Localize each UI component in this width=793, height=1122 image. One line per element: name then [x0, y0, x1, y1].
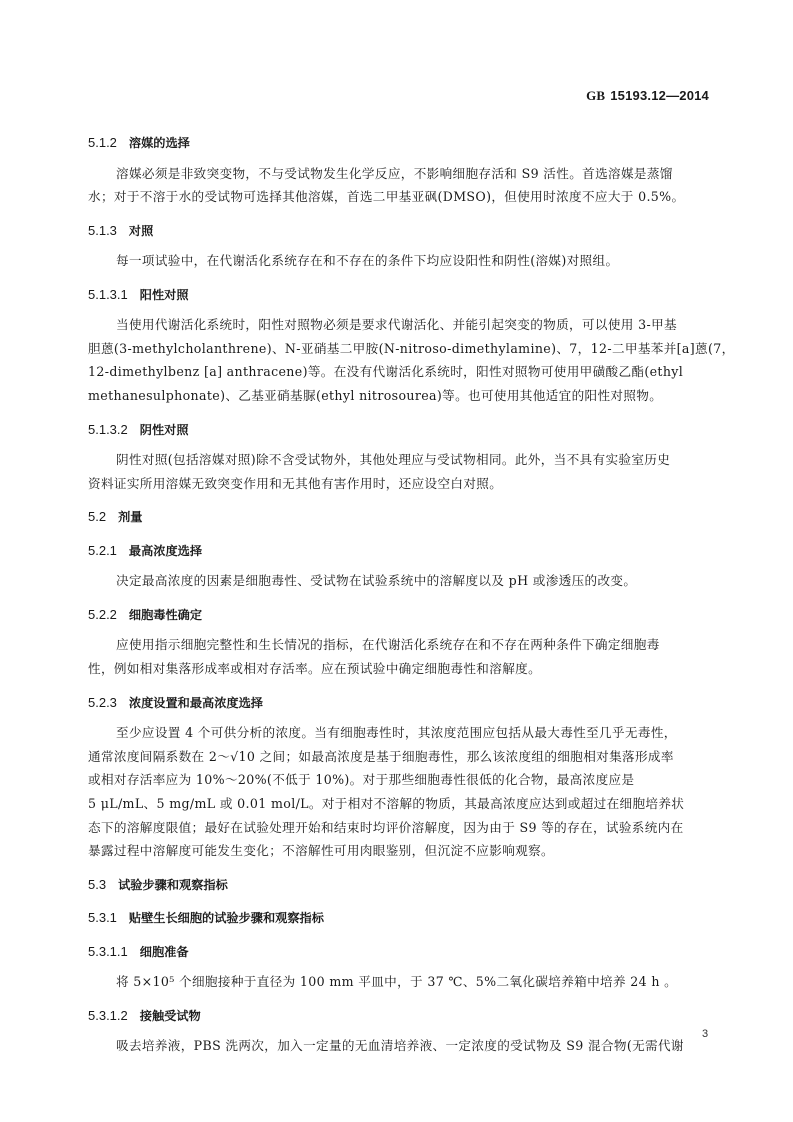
- paragraph: 决定最高浓度的因素是细胞毒性、受试物在试验系统中的溶解度以及 pH 或渗透压的改…: [88, 569, 710, 593]
- paragraph: 应使用指示细胞完整性和生长情况的指标，在代谢活化系统存在和不存在两种条件下确定细…: [88, 633, 710, 680]
- section-title: 阳性对照: [140, 288, 189, 302]
- standard-code-header: GB15193.12—2014: [586, 88, 709, 104]
- paragraph: 将 5×10⁵ 个细胞接种于直径为 100 mm 平皿中，于 37 ℃、5%二氧…: [88, 970, 710, 994]
- paragraph-line: 决定最高浓度的因素是细胞毒性、受试物在试验系统中的溶解度以及 pH 或渗透压的改…: [88, 569, 710, 593]
- paragraph: 至少应设置 4 个可供分析的浓度。当有细胞毒性时，其浓度范围应包括从最大毒性至几…: [88, 721, 710, 863]
- section-number: 5.1.2: [88, 131, 117, 155]
- section-title: 对照: [129, 224, 153, 238]
- paragraph: 阴性对照(包括溶媒对照)除不含受试物外，其他处理应与受试物相同。此外，当不具有实…: [88, 448, 710, 495]
- standard-prefix: GB: [586, 88, 605, 103]
- section-number: 5.1.3.1: [88, 283, 128, 307]
- section-number: 5.2.1: [88, 539, 117, 563]
- section-heading-5-1-3-2: 5.1.3.2阴性对照: [88, 418, 710, 442]
- section-heading-5-3-1: 5.3.1贴壁生长细胞的试验步骤和观察指标: [88, 906, 710, 930]
- paragraph-line: 或相对存活率应为 10%～20%(不低于 10%)。对于那些细胞毒性很低的化合物…: [88, 768, 710, 792]
- paragraph-line: 吸去培养液，PBS 洗两次，加入一定量的无血清培养液、一定浓度的受试物及 S9 …: [88, 1034, 710, 1058]
- section-title: 细胞准备: [140, 945, 189, 959]
- paragraph-line: methanesulphonate)、乙基亚硝基脲(ethyl nitrosou…: [88, 384, 710, 408]
- section-title: 浓度设置和最高浓度选择: [129, 696, 263, 710]
- paragraph-line: 胆蒽(3-methylcholanthrene)、N-亚硝基二甲胺(N-nitr…: [88, 337, 710, 361]
- document-page: GB15193.12—2014 5.1.2溶媒的选择溶媒必须是非致突变物，不与受…: [0, 0, 793, 1122]
- section-number: 5.2.3: [88, 691, 117, 715]
- section-heading-5-2-1: 5.2.1最高浓度选择: [88, 539, 710, 563]
- paragraph-line: 将 5×10⁵ 个细胞接种于直径为 100 mm 平皿中，于 37 ℃、5%二氧…: [88, 970, 710, 994]
- paragraph-line: 阴性对照(包括溶媒对照)除不含受试物外，其他处理应与受试物相同。此外，当不具有实…: [88, 448, 710, 472]
- section-number: 5.1.3.2: [88, 418, 128, 442]
- paragraph-line: 水；对于不溶于水的受试物可选择其他溶媒，首选二甲基亚砜(DMSO)，但使用时浓度…: [88, 185, 710, 209]
- standard-number: 15193.12—2014: [610, 88, 709, 103]
- section-title: 阴性对照: [140, 423, 189, 437]
- paragraph: 吸去培养液，PBS 洗两次，加入一定量的无血清培养液、一定浓度的受试物及 S9 …: [88, 1034, 710, 1058]
- section-title: 剂量: [118, 510, 142, 524]
- section-title: 贴壁生长细胞的试验步骤和观察指标: [129, 911, 324, 925]
- section-number: 5.2: [88, 505, 106, 529]
- section-number: 5.3.1.2: [88, 1004, 128, 1028]
- page-number: 3: [702, 1028, 708, 1040]
- section-title: 溶媒的选择: [129, 136, 190, 150]
- section-number: 5.3.1: [88, 906, 117, 930]
- section-heading-5-2-3: 5.2.3浓度设置和最高浓度选择: [88, 691, 710, 715]
- section-number: 5.1.3: [88, 219, 117, 243]
- section-title: 接触受试物: [140, 1009, 201, 1023]
- paragraph-line: 每一项试验中，在代谢活化系统存在和不存在的条件下均应设阳性和阴性(溶媒)对照组。: [88, 249, 710, 273]
- paragraph-line: 至少应设置 4 个可供分析的浓度。当有细胞毒性时，其浓度范围应包括从最大毒性至几…: [88, 721, 710, 745]
- paragraph-line: 12-dimethylbenz [a] anthracene)等。在没有代谢活化…: [88, 360, 710, 384]
- paragraph-line: 通常浓度间隔系数在 2～√10 之间；如最高浓度是基于细胞毒性，那么该浓度组的细…: [88, 745, 710, 769]
- paragraph-line: 当使用代谢活化系统时，阳性对照物必须是要求代谢活化、并能引起突变的物质，可以使用…: [88, 313, 710, 337]
- paragraph-line: 应使用指示细胞完整性和生长情况的指标，在代谢活化系统存在和不存在两种条件下确定细…: [88, 633, 710, 657]
- section-title: 最高浓度选择: [129, 544, 202, 558]
- section-heading-5-1-3: 5.1.3对照: [88, 219, 710, 243]
- section-title: 细胞毒性确定: [129, 608, 202, 622]
- paragraph-line: 性，例如相对集落形成率或相对存活率。应在预试验中确定细胞毒性和溶解度。: [88, 657, 710, 681]
- section-heading-5-3: 5.3试验步骤和观察指标: [88, 873, 710, 897]
- paragraph: 每一项试验中，在代谢活化系统存在和不存在的条件下均应设阳性和阴性(溶媒)对照组。: [88, 249, 710, 273]
- paragraph-line: 暴露过程中溶解度可能发生变化；不溶解性可用肉眼鉴别，但沉淀不应影响观察。: [88, 839, 710, 863]
- paragraph: 当使用代谢活化系统时，阳性对照物必须是要求代谢活化、并能引起突变的物质，可以使用…: [88, 313, 710, 407]
- paragraph: 溶媒必须是非致突变物，不与受试物发生化学反应，不影响细胞存活和 S9 活性。首选…: [88, 162, 710, 209]
- paragraph-line: 资料证实所用溶媒无致突变作用和无其他有害作用时，还应设空白对照。: [88, 472, 710, 496]
- section-heading-5-3-1-2: 5.3.1.2接触受试物: [88, 1004, 710, 1028]
- section-heading-5-2-2: 5.2.2细胞毒性确定: [88, 603, 710, 627]
- section-number: 5.3: [88, 873, 106, 897]
- section-number: 5.2.2: [88, 603, 117, 627]
- paragraph-line: 溶媒必须是非致突变物，不与受试物发生化学反应，不影响细胞存活和 S9 活性。首选…: [88, 162, 710, 186]
- section-heading-5-3-1-1: 5.3.1.1细胞准备: [88, 940, 710, 964]
- section-number: 5.3.1.1: [88, 940, 128, 964]
- paragraph-line: 5 μL/mL、5 mg/mL 或 0.01 mol/L。对于相对不溶解的物质，…: [88, 792, 710, 816]
- paragraph-line: 态下的溶解度限值；最好在试验处理开始和结束时均评价溶解度，因为由于 S9 等的存…: [88, 816, 710, 840]
- section-heading-5-1-3-1: 5.1.3.1阳性对照: [88, 283, 710, 307]
- section-heading-5-2: 5.2剂量: [88, 505, 710, 529]
- section-heading-5-1-2: 5.1.2溶媒的选择: [88, 131, 710, 155]
- section-title: 试验步骤和观察指标: [118, 878, 228, 892]
- document-body: 5.1.2溶媒的选择溶媒必须是非致突变物，不与受试物发生化学反应，不影响细胞存活…: [88, 131, 710, 1058]
